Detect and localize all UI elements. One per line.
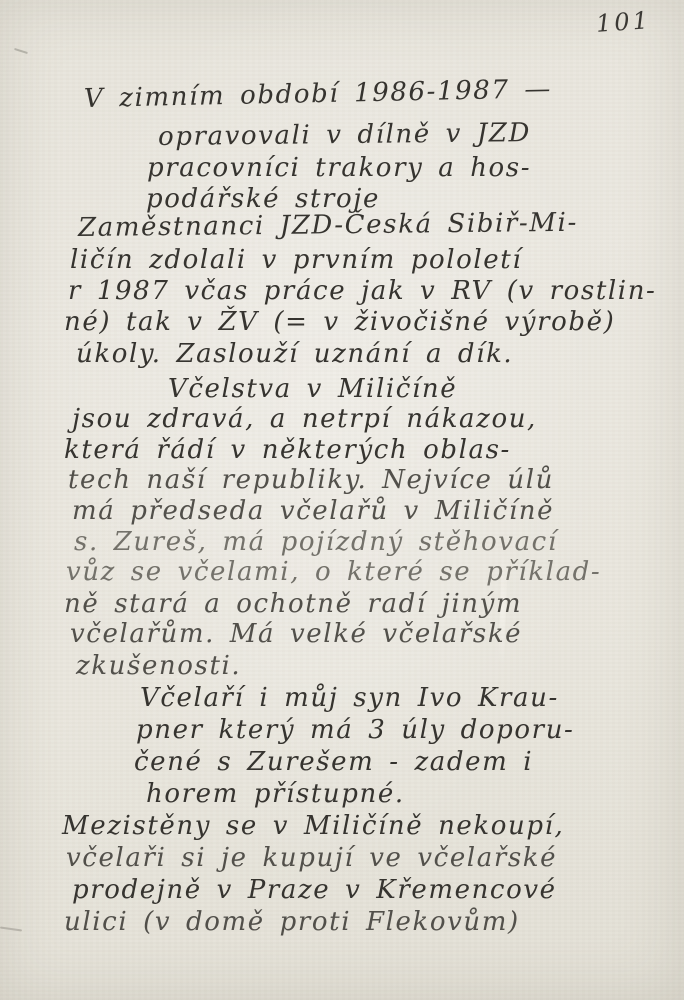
handwritten-line: má předseda včelařů v Miličíně (72, 498, 554, 524)
handwritten-line: né) tak v ŽV (= v živočišné výrobě) (64, 309, 615, 335)
handwritten-line: čené s Zurešem - zadem i (134, 749, 533, 775)
section-heading: Včelstva v Miličíně (168, 376, 457, 402)
pencil-mark (14, 48, 28, 54)
handwritten-line: úkoly. Zaslouží uznání a dík. (76, 341, 513, 367)
handwritten-line: včelařům. Má velké včelařské (70, 621, 522, 647)
handwritten-line: zkušenosti. (76, 653, 241, 679)
page-number: 101 (595, 6, 652, 38)
handwritten-line: prodejně v Praze v Křemencové (72, 877, 557, 903)
handwritten-line: která řádí v některých oblas- (64, 437, 511, 463)
handwritten-line: s. Zureš, má pojízdný stěhovací (74, 529, 558, 555)
handwritten-line: Zaměstnanci JZD-Česká Sibiř-Mi- (78, 210, 578, 241)
handwritten-line: pner který má 3 úly doporu- (136, 717, 574, 743)
handwritten-line: V zimním období 1986-1987 — (84, 76, 553, 112)
handwritten-line: ulici (v domě proti Flekovům) (64, 909, 520, 935)
handwritten-line: ličín zdolali v prvním pololetí (70, 247, 522, 273)
handwritten-line: Mezistěny se v Miličíně nekoupí, (62, 813, 564, 839)
handwritten-line: jsou zdravá, a netrpí nákazou, (72, 406, 537, 432)
handwritten-line: Včelaří i můj syn Ivo Krau- (140, 685, 559, 711)
manuscript-page: 101 V zimním období 1986-1987 — opravova… (0, 0, 684, 1000)
handwritten-line: pracovníci trakory a hos- (147, 155, 531, 181)
handwritten-line: tech naší republiky. Nejvíce úlů (68, 467, 554, 493)
handwritten-line: horem přístupné. (146, 781, 405, 807)
handwritten-line: r 1987 včas práce jak v RV (v rostlin- (68, 278, 656, 304)
handwritten-line: opravovali v dílně v JZD (158, 120, 531, 150)
handwritten-line: vůz se včelami, o které se příklad- (66, 559, 601, 585)
handwritten-line: podářské stroje (146, 186, 380, 212)
handwritten-line: včelaři si je kupují ve včelařské (66, 845, 557, 871)
pencil-mark (0, 926, 22, 931)
handwritten-line: ně stará a ochotně radí jiným (64, 591, 522, 617)
